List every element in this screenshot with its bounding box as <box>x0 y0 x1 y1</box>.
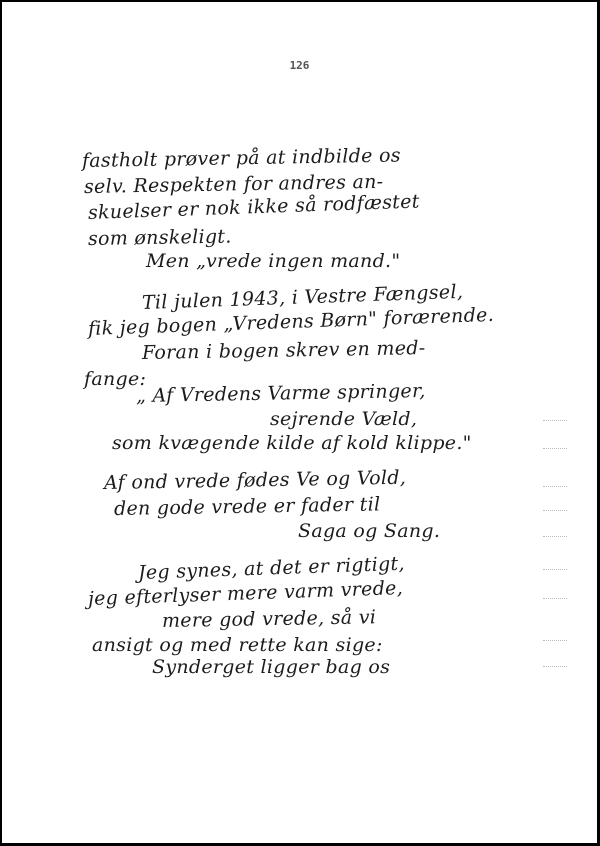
handwritten-line-18: mere god vrede, så vi <box>162 606 377 632</box>
handwritten-line-5: Men „vrede ingen mand." <box>146 250 400 272</box>
handwritten-line-12: som kvægende kilde af kold klippe." <box>112 432 472 454</box>
handwritten-line-8: Foran i bogen skrev en med- <box>142 337 426 364</box>
scan-artifact <box>543 569 567 570</box>
handwritten-line-11: sejrende Væld, <box>270 408 417 430</box>
handwritten-line-15: Saga og Sang. <box>298 520 440 542</box>
scan-artifact <box>543 486 567 487</box>
handwritten-line-4: som ønskeligt. <box>88 225 232 250</box>
scan-artifact <box>543 666 567 667</box>
document-page: 126 fastholt prøver på at indbilde os se… <box>0 0 600 846</box>
page-number: 126 <box>2 59 597 72</box>
scan-artifact <box>543 420 567 421</box>
scan-artifact <box>543 598 567 599</box>
handwritten-line-19: ansigt og med rette kan sige: <box>92 634 383 656</box>
handwritten-line-17: jeg efterlyser mere varm vrede, <box>88 577 404 610</box>
scan-artifact <box>543 536 567 537</box>
scan-artifact <box>543 448 567 449</box>
handwritten-line-13: Af ond vrede fødes Ve og Vold, <box>104 467 406 494</box>
handwritten-line-10: „ Af Vredens Varme springer, <box>136 380 426 407</box>
handwritten-line-14: den gode vrede er fader til <box>114 493 381 520</box>
scan-artifact <box>543 640 567 641</box>
handwritten-line-1: fastholt prøver på at indbilde os <box>82 144 401 172</box>
scan-artifact <box>543 510 567 511</box>
handwritten-line-20: Synderget ligger bag os <box>152 656 390 678</box>
